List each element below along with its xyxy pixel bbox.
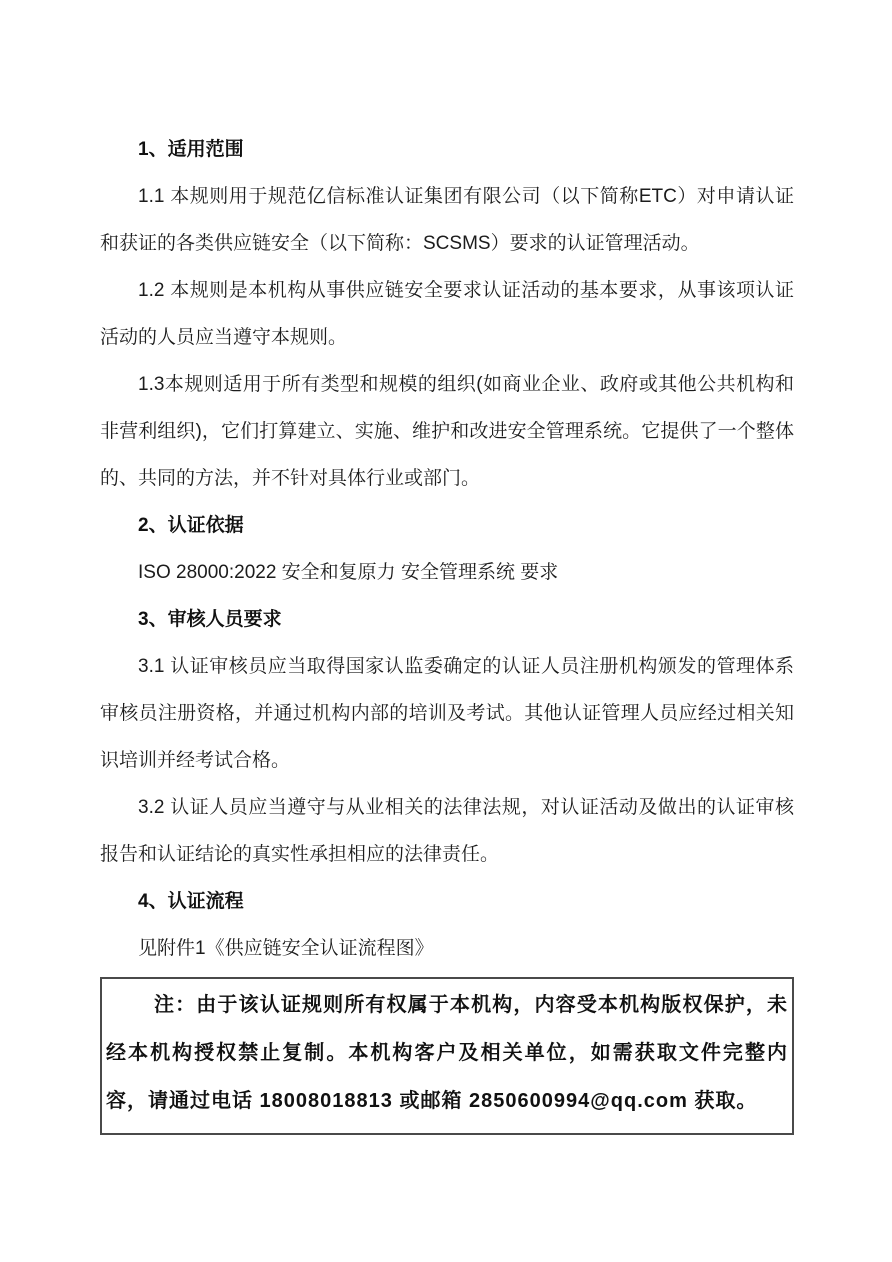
copyright-note-text: 注：由于该认证规则所有权属于本机构，内容受本机构版权保护，未经本机构授权禁止复制… <box>106 981 788 1125</box>
copyright-note-box: 注：由于该认证规则所有权属于本机构，内容受本机构版权保护，未经本机构授权禁止复制… <box>100 977 794 1135</box>
paragraph-iso-standard: ISO 28000:2022 安全和复原力 安全管理系统 要求 <box>100 549 794 596</box>
heading-auditor-requirements: 3、审核人员要求 <box>100 596 794 643</box>
paragraph-1-3: 1.3本规则适用于所有类型和规模的组织(如商业企业、政府或其他公共机构和非营利组… <box>100 361 794 502</box>
paragraph-attachment-reference: 见附件1《供应链安全认证流程图》 <box>100 925 794 972</box>
paragraph-1-1: 1.1 本规则用于规范亿信标准认证集团有限公司（以下简称ETC）对申请认证和获证… <box>100 173 794 267</box>
document-content: 1、适用范围 1.1 本规则用于规范亿信标准认证集团有限公司（以下简称ETC）对… <box>100 126 794 1135</box>
paragraph-3-1: 3.1 认证审核员应当取得国家认监委确定的认证人员注册机构颁发的管理体系审核员注… <box>100 643 794 784</box>
heading-certification-process: 4、认证流程 <box>100 878 794 925</box>
heading-scope: 1、适用范围 <box>100 126 794 173</box>
heading-certification-basis: 2、认证依据 <box>100 502 794 549</box>
paragraph-3-2: 3.2 认证人员应当遵守与从业相关的法律法规，对认证活动及做出的认证审核报告和认… <box>100 784 794 878</box>
document-page: 1、适用范围 1.1 本规则用于规范亿信标准认证集团有限公司（以下简称ETC）对… <box>0 0 892 1262</box>
paragraph-1-2: 1.2 本规则是本机构从事供应链安全要求认证活动的基本要求，从事该项认证活动的人… <box>100 267 794 361</box>
